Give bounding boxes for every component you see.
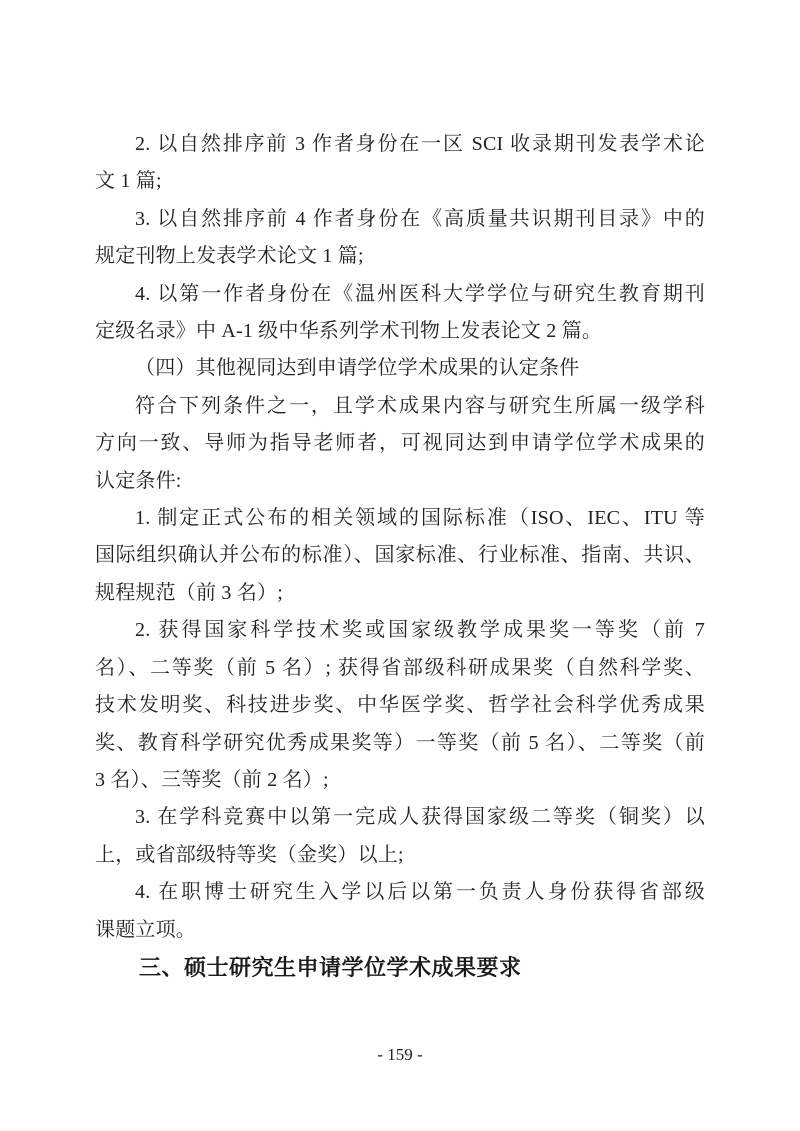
text-line: 2. 以自然排序前 3 作者身份在一区 SCI 收录期刊发表学术论 bbox=[95, 126, 705, 163]
text-line: 4. 以第一作者身份在《温州医科大学学位与研究生教育期刊 bbox=[95, 276, 705, 313]
text-line: 规程规范（前 3 名）; bbox=[95, 575, 705, 612]
text-line: （四）其他视同达到申请学位学术成果的认定条件 bbox=[95, 350, 705, 387]
text-line: 技术发明奖、科技进步奖、中华医学奖、哲学社会科学优秀成果 bbox=[95, 687, 705, 724]
text-line: 认定条件: bbox=[95, 463, 705, 500]
text-line: 方向一致、导师为指导老师者，可视同达到申请学位学术成果的 bbox=[95, 425, 705, 462]
text-line: 上，或省部级特等奖（金奖）以上; bbox=[95, 837, 705, 874]
text-line: 3. 在学科竞赛中以第一完成人获得国家级二等奖（铜奖）以 bbox=[95, 799, 705, 836]
text-line: 定级名录》中 A-1 级中华系列学术刊物上发表论文 2 篇。 bbox=[95, 313, 705, 350]
document-body: 2. 以自然排序前 3 作者身份在一区 SCI 收录期刊发表学术论文 1 篇;3… bbox=[95, 126, 705, 986]
page-number: - 159 - bbox=[0, 1044, 800, 1066]
text-line: 2. 获得国家科学技术奖或国家级教学成果奖一等奖（前 7 bbox=[95, 612, 705, 649]
text-line: 国际组织确认并公布的标准）、国家标准、行业标准、指南、共识、 bbox=[95, 537, 705, 574]
text-line: 3 名）、三等奖（前 2 名）; bbox=[95, 762, 705, 799]
text-line: 1. 制定正式公布的相关领域的国际标准（ISO、IEC、ITU 等 bbox=[95, 500, 705, 537]
text-line: 奖、教育科学研究优秀成果奖等）一等奖（前 5 名）、二等奖（前 bbox=[95, 725, 705, 762]
text-line: 3. 以自然排序前 4 作者身份在《高质量共识期刊目录》中的 bbox=[95, 201, 705, 238]
text-line: 4. 在职博士研究生入学以后以第一负责人身份获得省部级 bbox=[95, 874, 705, 911]
document-page: 2. 以自然排序前 3 作者身份在一区 SCI 收录期刊发表学术论文 1 篇;3… bbox=[0, 0, 800, 1131]
text-line: 名）、二等奖（前 5 名）; 获得省部级科研成果奖（自然科学奖、 bbox=[95, 650, 705, 687]
section-heading: 三、硕士研究生申请学位学术成果要求 bbox=[95, 949, 705, 986]
text-line: 规定刊物上发表学术论文 1 篇; bbox=[95, 238, 705, 275]
text-line: 文 1 篇; bbox=[95, 163, 705, 200]
text-line: 课题立项。 bbox=[95, 912, 705, 949]
text-line: 符合下列条件之一，且学术成果内容与研究生所属一级学科 bbox=[95, 388, 705, 425]
